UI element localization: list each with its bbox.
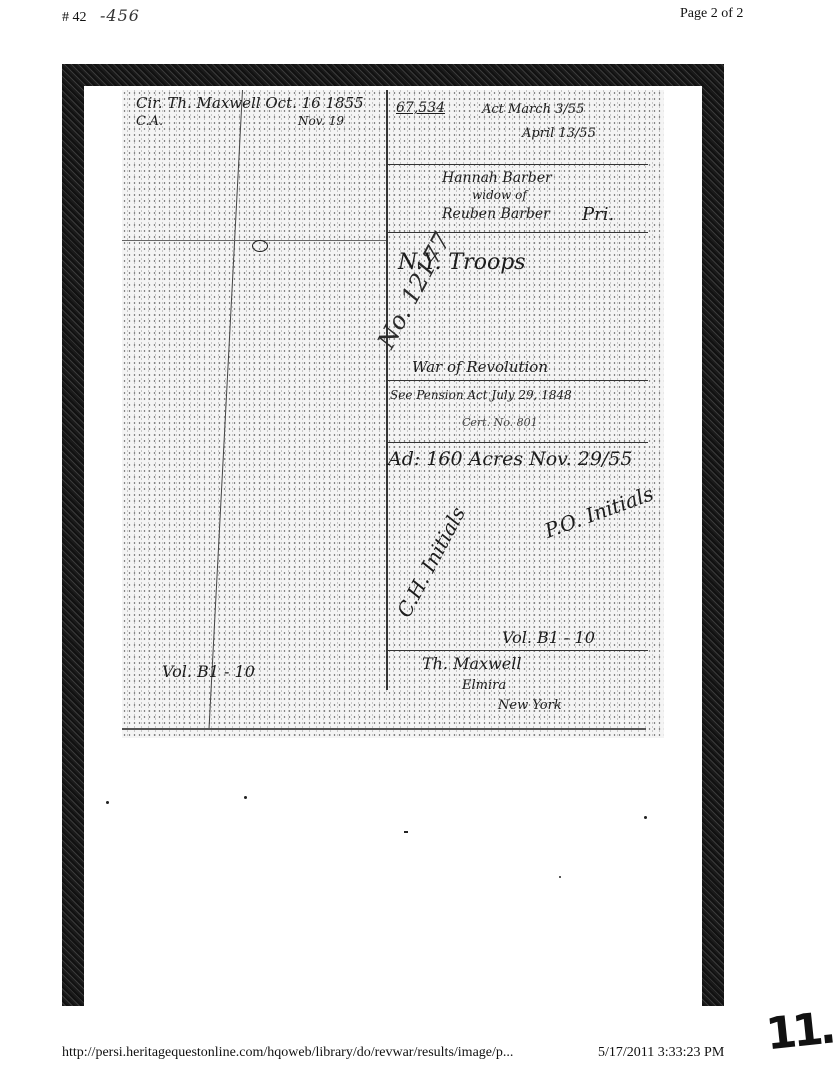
scan-speck — [644, 816, 647, 819]
card-divider-war — [386, 380, 648, 381]
claimant-name: Hannah Barber — [442, 170, 552, 186]
file-number: 67,534 — [396, 100, 445, 116]
card-divider-bottom — [386, 650, 648, 651]
attorney-name: Th. Maxwell — [422, 654, 522, 673]
scan-speck — [404, 831, 408, 833]
card-divider-vertical — [386, 90, 388, 690]
scan-page: Cir. Th. Maxwell Oct. 16 1855 C.A. Nov. … — [84, 86, 702, 1006]
volume-left: Vol. B1 - 10 — [162, 662, 255, 681]
scan-speck — [244, 796, 247, 799]
pension-certificate: Cert. No. 801 — [462, 416, 538, 429]
source-url: http://persi.heritagequestonline.com/hqo… — [62, 1045, 513, 1061]
attorney-city: Elmira — [462, 678, 506, 693]
signature-right: P.O. Initials — [541, 481, 656, 543]
signature-left: C.H. Initials — [392, 503, 470, 621]
scan-speck — [106, 801, 109, 804]
card-top-left-line2: C.A. — [136, 114, 163, 129]
scan-speck — [559, 876, 561, 878]
card-divider-pension — [386, 442, 648, 443]
document-header-left: # 42 -456 — [62, 6, 140, 26]
volume-right: Vol. B1 - 10 — [502, 628, 595, 647]
card-divider-name — [386, 232, 648, 233]
card-divider-top — [386, 164, 648, 165]
soldier-rank: Pri. — [582, 204, 614, 225]
scan-frame: Cir. Th. Maxwell Oct. 16 1855 C.A. Nov. … — [62, 64, 724, 1006]
stamp-number: No. 12177 — [372, 228, 456, 353]
act-date: April 13/55 — [522, 126, 596, 141]
card-fold-line — [209, 90, 243, 729]
handwritten-reference: -456 — [100, 6, 140, 25]
pension-file-card: Cir. Th. Maxwell Oct. 16 1855 C.A. Nov. … — [122, 90, 664, 738]
claimant-relation: widow of — [472, 188, 527, 202]
card-top-left-line3: Nov. 19 — [298, 114, 344, 128]
soldier-name: Reuben Barber — [442, 206, 550, 222]
bounty-land: Ad: 160 Acres Nov. 29/55 — [388, 448, 633, 470]
war-label: War of Revolution — [412, 358, 548, 376]
print-timestamp: 5/17/2011 3:33:23 PM — [598, 1045, 724, 1061]
pension-act: See Pension Act July 29, 1848 — [390, 388, 572, 402]
card-top-left-line1: Cir. Th. Maxwell Oct. 16 1855 — [136, 94, 364, 112]
attorney-state: New York — [498, 698, 562, 713]
act-reference: Act March 3/55 — [482, 102, 584, 117]
document-number: # 42 — [62, 10, 87, 25]
card-bottom-edge — [122, 728, 646, 730]
fold-loop-mark — [252, 240, 268, 252]
page-indicator: Page 2 of 2 — [680, 6, 743, 22]
handwritten-page-number: 11. — [764, 1003, 835, 1061]
